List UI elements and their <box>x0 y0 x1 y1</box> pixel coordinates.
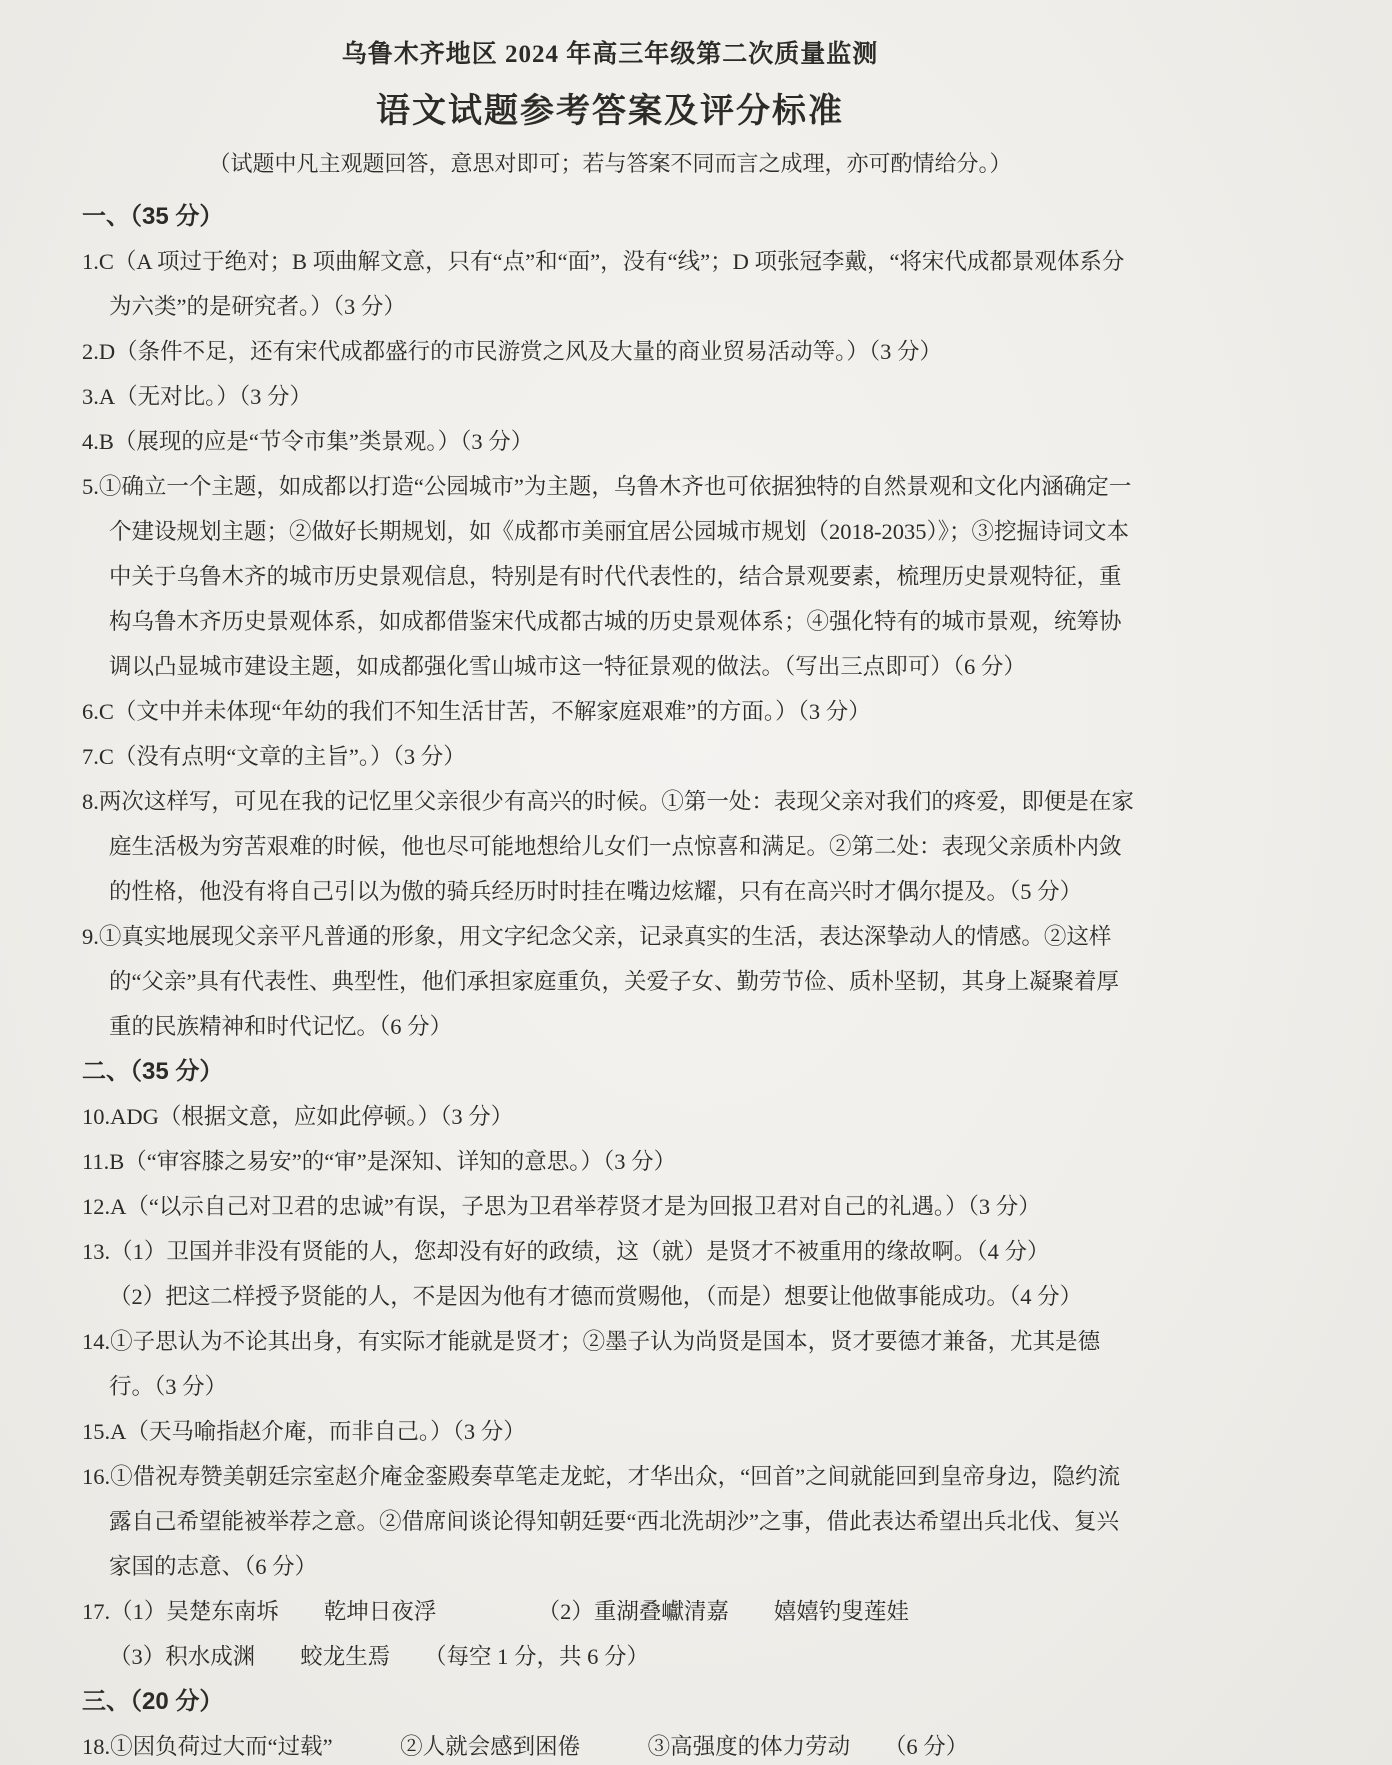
answer-item-7: 7.C（没有点明“文章的主旨”。）（3 分） <box>82 734 1138 779</box>
section-heading-1: 一、（35 分） <box>82 194 1138 239</box>
answer-item-17-part-3: （3）积水成渊 蛟龙生焉 （每空 1 分，共 6 分） <box>82 1634 1138 1679</box>
answer-item-18: 18.①因负荷过大而“过载” ②人就会感到困倦 ③高强度的体力劳动 （6 分） <box>82 1724 1138 1765</box>
answer-item-8: 8.两次这样写，可见在我的记忆里父亲很少有高兴的时候。①第一处：表现父亲对我们的… <box>82 779 1138 914</box>
document-content: 乌鲁木齐地区 2024 年高三年级第二次质量监测 语文试题参考答案及评分标准 （… <box>82 36 1138 1765</box>
page-title: 语文试题参考答案及评分标准 <box>82 86 1138 136</box>
grading-note: （试题中凡主观题回答，意思对即可；若与答案不同而言之成理，亦可酌情给分。） <box>82 146 1138 182</box>
answer-item-6: 6.C（文中并未体现“年幼的我们不知生活甘苦，不解家庭艰难”的方面。）（3 分） <box>82 689 1138 734</box>
answer-item-1: 1.C（A 项过于绝对；B 项曲解文意，只有“点”和“面”，没有“线”；D 项张… <box>82 239 1138 329</box>
answer-item-3: 3.A（无对比。）（3 分） <box>82 374 1138 419</box>
answer-item-12: 12.A（“以示自己对卫君的忠诚”有误，子思为卫君举荐贤才是为回报卫君对自己的礼… <box>82 1184 1138 1229</box>
section-heading-3: 三、（20 分） <box>82 1679 1138 1724</box>
answer-item-2: 2.D（条件不足，还有宋代成都盛行的市民游赏之风及大量的商业贸易活动等。）（3 … <box>82 329 1138 374</box>
answer-item-17: 17.（1）吴楚东南坼 乾坤日夜浮 （2）重湖叠巘清嘉 嬉嬉钓叟莲娃 <box>82 1589 1138 1634</box>
section-heading-2: 二、（35 分） <box>82 1049 1138 1094</box>
answer-item-4: 4.B（展现的应是“节令市集”类景观。）（3 分） <box>82 419 1138 464</box>
answer-item-5: 5.①确立一个主题，如成都以打造“公园城市”为主题，乌鲁木齐也可依据独特的自然景… <box>82 464 1138 689</box>
answer-item-15: 15.A（天马喻指赵介庵，而非自己。）（3 分） <box>82 1409 1138 1454</box>
answer-item-11: 11.B（“审容膝之易安”的“审”是深知、详知的意思。）（3 分） <box>82 1139 1138 1184</box>
exam-header-line: 乌鲁木齐地区 2024 年高三年级第二次质量监测 <box>82 36 1138 74</box>
answer-item-9: 9.①真实地展现父亲平凡普通的形象，用文字纪念父亲，记录真实的生活，表达深挚动人… <box>82 914 1138 1049</box>
answer-item-13: 13.（1）卫国并非没有贤能的人，您却没有好的政绩，这（就）是贤才不被重用的缘故… <box>82 1229 1138 1274</box>
answer-item-14: 14.①子思认为不论其出身，有实际才能就是贤才；②墨子认为尚贤是国本，贤才要德才… <box>82 1319 1138 1409</box>
answer-item-13-part-2: （2）把这二样授予贤能的人，不是因为他有才德而赏赐他，（而是）想要让他做事能成功… <box>82 1274 1138 1319</box>
answers-body: 一、（35 分） 1.C（A 项过于绝对；B 项曲解文意，只有“点”和“面”，没… <box>82 194 1138 1765</box>
answer-item-10: 10.ADG（根据文意，应如此停顿。）（3 分） <box>82 1094 1138 1139</box>
answer-item-16: 16.①借祝寿赞美朝廷宗室赵介庵金銮殿奏草笔走龙蛇，才华出众，“回首”之间就能回… <box>82 1454 1138 1589</box>
document-page: 乌鲁木齐地区 2024 年高三年级第二次质量监测 语文试题参考答案及评分标准 （… <box>0 0 1392 1765</box>
